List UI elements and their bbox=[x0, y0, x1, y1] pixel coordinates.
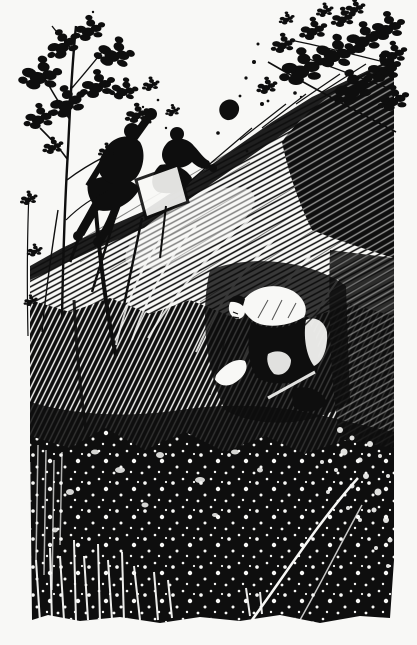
illustration-canvas: Black-and-white pen-and-ink book illustr… bbox=[0, 0, 417, 645]
crouching-man bbox=[205, 261, 350, 422]
dark-brush-bottom bbox=[30, 427, 394, 623]
illustration-page: Black-and-white pen-and-ink book illustr… bbox=[0, 0, 417, 645]
reaching-hand bbox=[209, 164, 217, 172]
